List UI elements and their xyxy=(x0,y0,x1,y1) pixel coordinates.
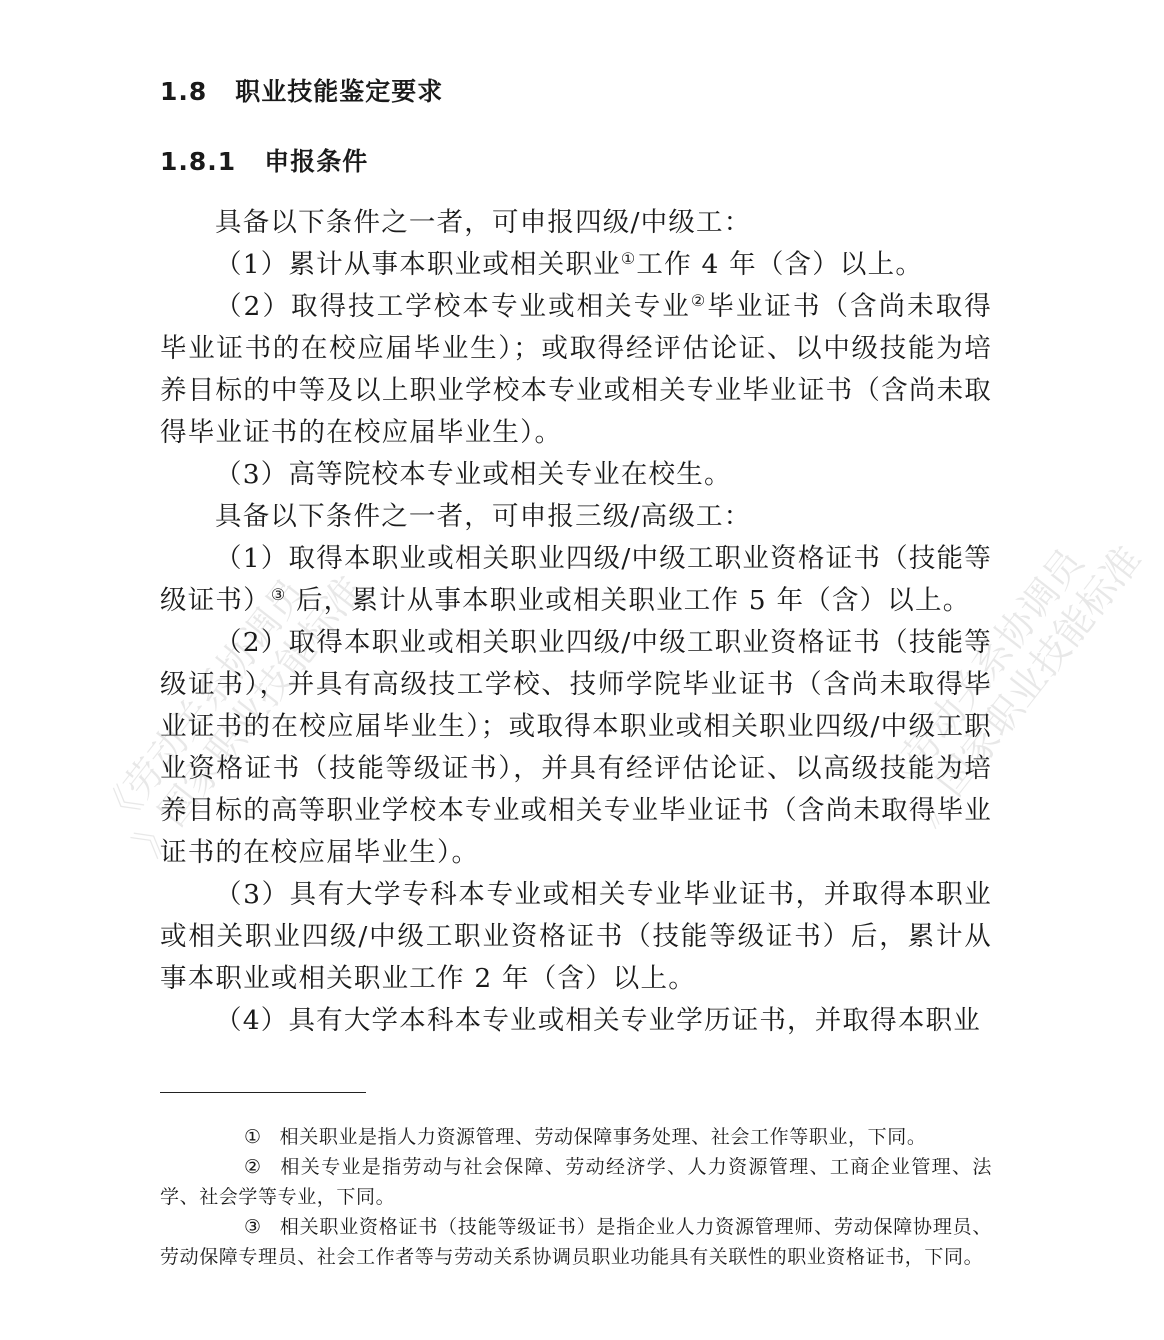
footnote-ref-3[interactable]: ③ xyxy=(271,585,287,604)
item-text: （2）取得技工学校本专业或相关专业 xyxy=(215,291,691,322)
footnote-3: ③相关职业资格证书（技能等级证书）是指企业人力资源管理师、劳动保障协理员、劳动保… xyxy=(160,1212,992,1272)
footnote-2: ②相关专业是指劳动与社会保障、劳动经济学、人力资源管理、工商企业管理、法学、社会… xyxy=(160,1152,992,1212)
item-text: （1）累计从事本职业或相关职业 xyxy=(215,249,621,280)
footnote-divider xyxy=(160,1092,366,1093)
subsection-number: 1.8.1 xyxy=(160,147,236,176)
level4-item-2: （2）取得技工学校本专业或相关专业②毕业证书（含尚未取得毕业证书的在校应届毕业生… xyxy=(160,286,992,454)
level3-item-2: （2）取得本职业或相关职业四级/中级工职业资格证书（技能等级证书），并具有高级技… xyxy=(160,622,992,874)
level4-intro: 具备以下条件之一者，可申报四级/中级工： xyxy=(160,202,992,244)
footnote-text: 相关职业资格证书（技能等级证书）是指企业人力资源管理师、劳动保障协理员、劳动保障… xyxy=(160,1216,992,1268)
subsection-heading: 1.8.1申报条件 xyxy=(160,142,368,178)
level4-item-1: （1）累计从事本职业或相关职业①工作 4 年（含）以上。 xyxy=(160,244,992,286)
footnote-mark: ③ xyxy=(202,1212,262,1242)
section-heading: 1.8职业技能鉴定要求 xyxy=(160,72,443,108)
footnote-text: 相关专业是指劳动与社会保障、劳动经济学、人力资源管理、工商企业管理、法学、社会学… xyxy=(160,1156,992,1208)
section-number: 1.8 xyxy=(160,77,207,106)
footnote-mark: ② xyxy=(202,1152,262,1182)
body-text: 具备以下条件之一者，可申报四级/中级工： （1）累计从事本职业或相关职业①工作 … xyxy=(160,202,992,1042)
level4-item-3: （3）高等院校本专业或相关专业在校生。 xyxy=(160,454,992,496)
level3-item-3: （3）具有大学专科本专业或相关专业毕业证书，并取得本职业或相关职业四级/中级工职… xyxy=(160,874,992,1000)
level3-item-4: （4）具有大学本科本专业或相关专业学历证书，并取得本职业 xyxy=(160,1000,992,1042)
footnote-1: ①相关职业是指人力资源管理、劳动保障事务处理、社会工作等职业，下同。 xyxy=(160,1122,992,1152)
subsection-title: 申报条件 xyxy=(264,147,368,176)
footnote-ref-1[interactable]: ① xyxy=(621,249,637,268)
footnotes: ①相关职业是指人力资源管理、劳动保障事务处理、社会工作等职业，下同。 ②相关专业… xyxy=(160,1122,992,1272)
footnote-ref-2[interactable]: ② xyxy=(691,291,707,310)
section-title: 职业技能鉴定要求 xyxy=(235,77,443,106)
footnote-text: 相关职业是指人力资源管理、劳动保障事务处理、社会工作等职业，下同。 xyxy=(280,1126,927,1148)
footnote-mark: ① xyxy=(202,1122,262,1152)
level3-item-1: （1）取得本职业或相关职业四级/中级工职业资格证书（技能等级证书）③ 后，累计从… xyxy=(160,538,992,622)
level3-intro: 具备以下条件之一者，可申报三级/高级工： xyxy=(160,496,992,538)
item-text: 后，累计从事本职业或相关职业工作 5 年（含）以上。 xyxy=(286,585,970,616)
document-page: 《劳动关系协调员 》国家职业技能标准 《劳动关系协调员 》国家职业技能标准 1.… xyxy=(0,0,1164,1340)
item-text: 工作 4 年（含）以上。 xyxy=(636,249,923,280)
